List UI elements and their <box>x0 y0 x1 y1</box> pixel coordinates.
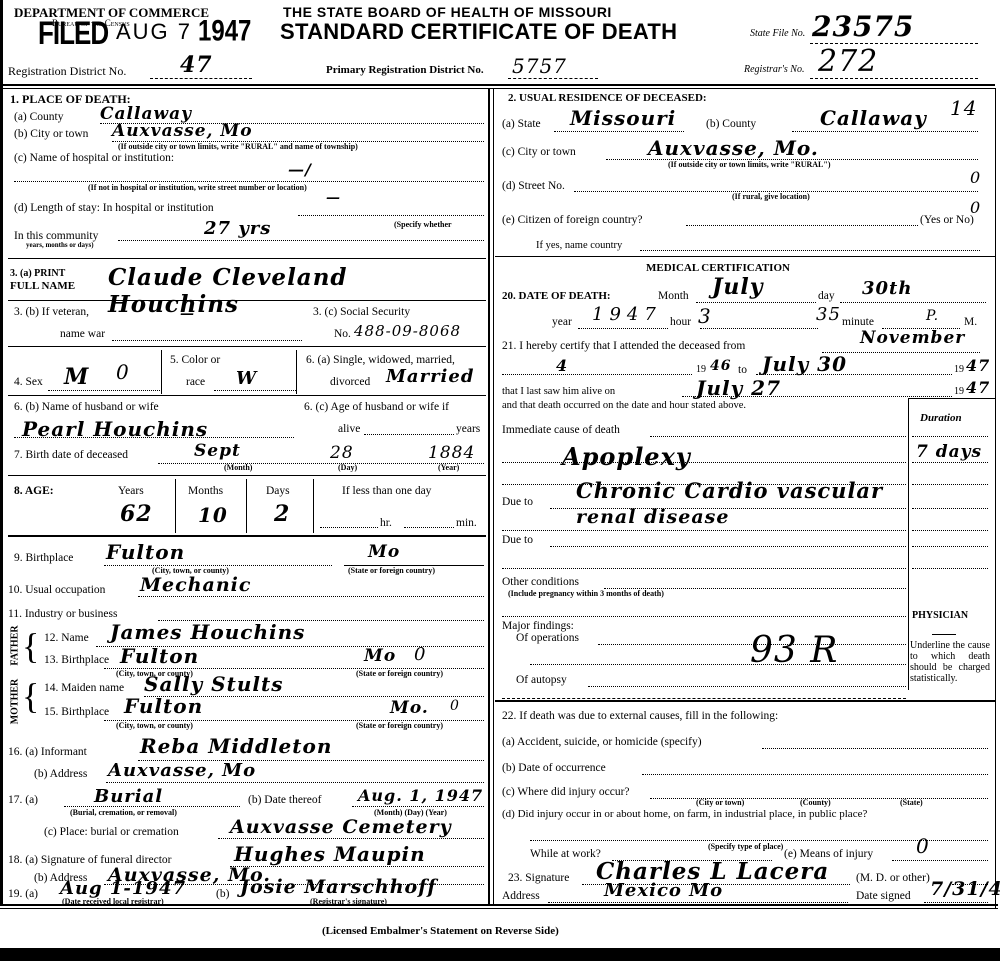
certificate-title: STANDARD CERTIFICATE OF DEATH <box>280 19 677 45</box>
external-a-label: (a) Accident, suicide, or homicide (spec… <box>502 736 702 748</box>
received-note: (Date received local registrar) <box>62 897 164 906</box>
county-label: (a) County <box>14 111 64 123</box>
immediate-duration-field[interactable]: 7 days <box>916 442 982 462</box>
received-date-field[interactable]: Aug 1-1947 <box>60 878 186 899</box>
father-name-field[interactable]: James Houchins <box>110 620 305 644</box>
birthplace-section: 9. Birthplace Fulton Mo (City, town, or … <box>8 538 486 574</box>
residence-state-field[interactable]: Missouri <box>570 106 676 130</box>
specify-note: (Specify whether <box>394 220 452 229</box>
state-file-number: 23575 <box>812 10 914 43</box>
board-title: THE STATE BOARD OF HEALTH OF MISSOURI <box>283 4 612 20</box>
marital-label-1: 6. (a) Single, widowed, married, <box>306 354 455 366</box>
state-file-label: State File No. <box>750 28 805 39</box>
due-to-1b-field[interactable]: renal disease <box>576 506 729 528</box>
spouse-section: 6. (b) Name of husband or wife Pearl Hou… <box>8 397 486 443</box>
occupation-field[interactable]: Mechanic <box>140 574 251 596</box>
veteran-ssn-section: 3. (b) If veteran, — name war 3. (c) Soc… <box>8 302 486 348</box>
father-birthplace-label: 13. Birthplace <box>44 654 109 666</box>
last-saw-label: that I last saw him alive on <box>502 386 615 397</box>
operations-label: Of operations <box>516 632 579 644</box>
certifier-address-label: Address <box>502 890 540 902</box>
date-of-death-label: 20. DATE OF DEATH: <box>502 290 611 302</box>
birthplace-state-note: (State or foreign country) <box>348 566 435 575</box>
registrar-section: 19. (a) Aug 1-1947 (Date received local … <box>8 882 486 904</box>
autopsy-label: Of autopsy <box>516 674 567 686</box>
certifier-address-field[interactable]: Mexico Mo <box>604 880 723 901</box>
funeral-director-field[interactable]: Hughes Maupin <box>234 842 426 866</box>
while-at-work-label: While at work? <box>530 848 601 860</box>
birth-date-section: 7. Birth date of deceased Sept 28 1884 (… <box>8 441 486 471</box>
residence-county-label: (b) County <box>706 118 756 130</box>
death-year-label: year <box>552 316 572 328</box>
ssn-no-label: No. <box>334 328 351 340</box>
means-of-injury-field[interactable]: 0 <box>916 834 930 858</box>
external-b-label: (b) Date of occurrence <box>502 762 606 774</box>
hr-label: hr. <box>380 517 392 529</box>
father-birthplace-state-field[interactable]: Mo <box>364 646 396 666</box>
death-hour-label: hour <box>670 316 691 328</box>
mother-city-note: (City, town, or county) <box>116 721 193 730</box>
attend-label: 21. I hereby certify that I attended the… <box>502 340 745 352</box>
death-minute-label: minute <box>842 316 874 328</box>
ymd-note: years, months or days) <box>26 241 94 249</box>
burial-method-note: (Burial, cremation, or removal) <box>70 808 177 817</box>
birth-day-field[interactable]: 28 <box>330 443 354 463</box>
attend-to-year-field[interactable]: 47 <box>966 356 990 375</box>
certifier-section: 23. Signature Charles L Lacera (M. D. or… <box>500 864 992 904</box>
veteran-war-label: name war <box>60 328 105 340</box>
birthplace-state-field[interactable]: Mo <box>368 542 400 562</box>
left-edge-bar <box>0 0 3 905</box>
informant-address-label: (b) Address <box>34 768 87 780</box>
attend-to-year-prefix: 19 <box>954 364 964 375</box>
cause-of-death-section: Immediate cause of death Apoplexy 7 days… <box>500 420 992 600</box>
informant-label: 16. (a) Informant <box>8 746 87 758</box>
death-month-label: Month <box>658 290 689 302</box>
birth-month-field[interactable]: Sept <box>194 441 241 461</box>
informant-address-field[interactable]: Auxvasse, Mo <box>108 760 256 781</box>
filed-stamp: FILED <box>38 14 108 53</box>
country-label: If yes, name country <box>536 240 622 251</box>
residence-county-field[interactable]: Callaway <box>820 106 927 130</box>
birth-date-label: 7. Birth date of deceased <box>14 449 128 461</box>
spouse-age-label-2: alive <box>338 423 360 435</box>
birthplace-city-field[interactable]: Fulton <box>106 540 185 564</box>
marital-field[interactable]: Married <box>386 366 474 387</box>
burial-date-label: (b) Date thereof <box>248 794 321 806</box>
residence-city-label: (c) City or town <box>502 146 576 158</box>
street-field[interactable]: 0 <box>970 168 981 187</box>
citizen-field[interactable]: 0 <box>970 198 981 217</box>
veteran-field[interactable]: — <box>180 306 195 322</box>
occupation-section: 10. Usual occupation Mechanic <box>8 576 486 602</box>
residence-state-label: (a) State <box>502 118 541 130</box>
veteran-label: 3. (b) If veteran, <box>14 306 89 318</box>
burial-place-label: (c) Place: burial or cremation <box>44 826 179 838</box>
age-months-field[interactable]: 10 <box>198 503 228 527</box>
registrar-number: 272 <box>818 44 878 79</box>
age-days-field[interactable]: 2 <box>274 501 290 527</box>
attend-to-field[interactable]: July 30 <box>762 352 847 376</box>
spouse-age-suffix: years <box>456 423 480 435</box>
other-conditions-note: (Include pregnancy within 3 months of de… <box>508 589 664 598</box>
age-years-label: Years <box>118 485 144 497</box>
registrar-label: (b) <box>216 888 229 900</box>
filed-year: 1947 <box>198 14 251 49</box>
hospital-note: (If not in hospital or institution, writ… <box>88 183 307 192</box>
external-d-label: (d) Did injury occur in or about home, o… <box>502 808 867 820</box>
race-label-1: 5. Color or <box>170 354 220 366</box>
attend-from-year-field[interactable]: 46 <box>710 358 731 374</box>
hospital-label: (c) Name of hospital or institution: <box>14 152 174 164</box>
physician-note: Underline the cause to which death shoul… <box>910 640 990 684</box>
due-to-label-1: Due to <box>502 496 533 508</box>
stay-hospital-field[interactable]: — <box>326 190 341 206</box>
death-day-field[interactable]: 30th <box>862 278 912 299</box>
mother-code: 0 <box>450 698 460 714</box>
bottom-black-band <box>0 948 1000 961</box>
to-label: to <box>738 364 747 376</box>
external-c-label: (c) Where did injury occur? <box>502 786 630 798</box>
mother-name-field[interactable]: Sally Stults <box>144 672 284 696</box>
registration-district-number: 47 <box>180 52 213 78</box>
place-of-death-section: 1. PLACE OF DEATH: (a) County Callaway (… <box>8 90 486 248</box>
death-city-field[interactable]: Auxvasse, Mo <box>112 121 253 141</box>
street-note: (If rural, give location) <box>732 192 810 201</box>
street-label: (d) Street No. <box>502 180 565 192</box>
city-label: (b) City or town <box>14 128 88 140</box>
death-month-field[interactable]: July <box>712 274 764 300</box>
age-less-label: If less than one day <box>342 485 431 497</box>
attend-from-month-field[interactable]: November <box>860 328 965 348</box>
date-signed-field[interactable]: 7/31/47 <box>930 878 1000 900</box>
father-code: 0 <box>414 644 426 665</box>
industry-label: 11. Industry or business <box>8 608 117 620</box>
registrar-note: (Registrar's signature) <box>310 897 387 906</box>
death-m-label: M. <box>964 316 977 328</box>
father-name-label: 12. Name <box>44 632 89 644</box>
birth-year-field[interactable]: 1884 <box>428 443 475 463</box>
received-label: 19. (a) <box>8 888 38 900</box>
year-note: (Year) <box>438 463 459 472</box>
residence-city-note: (If outside city or town limits, write "… <box>668 160 831 169</box>
medical-heading: MEDICAL CERTIFICATION <box>646 262 790 274</box>
burial-section: 17. (a) Burial (Burial, cremation, or re… <box>8 786 486 848</box>
father-state-note: (State or foreign country) <box>356 669 443 678</box>
age-label: 8. AGE: <box>14 485 54 497</box>
parents-section: FATHER { 12. Name James Houchins 13. Bir… <box>4 626 486 736</box>
age-section: 8. AGE: Years 62 Months 10 Days 2 If les… <box>8 477 486 535</box>
mother-birthplace-city-field[interactable]: Fulton <box>124 694 203 718</box>
father-brace: { <box>22 628 39 664</box>
sex-label: 4. Sex <box>14 376 43 388</box>
md-label: (M. D. or other) <box>856 872 930 884</box>
death-year-field[interactable]: 1947 <box>592 304 662 325</box>
day-note: (Day) <box>338 463 357 472</box>
injury-city-note: (City or town) <box>696 798 744 807</box>
due-to-label-2: Due to <box>502 534 533 546</box>
major-findings-label: Major findings: <box>502 620 574 632</box>
mother-state-note: (State or foreign country) <box>356 721 443 730</box>
sex-code: 0 <box>116 360 130 384</box>
residence-heading: 2. USUAL RESIDENCE OF DECEASED: <box>508 92 707 104</box>
last-saw-year-field[interactable]: 47 <box>966 378 990 397</box>
ssn-field[interactable]: 488-09-8068 <box>354 322 461 340</box>
last-saw-year-prefix: 19 <box>954 386 964 397</box>
due-to-1a-field[interactable]: Chronic Cardio vascular <box>576 478 883 503</box>
mother-brace: { <box>22 678 39 714</box>
filed-date: AUG 7 <box>116 19 192 45</box>
primary-district-label: Primary Registration District No. <box>326 64 484 76</box>
major-findings-section: Major findings: Of operations Of autopsy… <box>500 604 992 694</box>
spouse-label: 6. (b) Name of husband or wife <box>14 401 159 413</box>
occupation-label: 10. Usual occupation <box>8 584 105 596</box>
external-causes-section: 22. If death was due to external causes,… <box>500 704 992 854</box>
month-note: (Month) <box>224 463 252 472</box>
registrar-signature-field[interactable]: Josie Marschhoff <box>240 876 437 898</box>
citizen-suffix: (Yes or No) <box>920 214 974 226</box>
burial-method-label: 17. (a) <box>8 794 38 806</box>
primary-district-number: 5757 <box>512 54 567 78</box>
hospital-field[interactable]: —/ <box>288 160 312 179</box>
occurred-label: and that death occurred on the date and … <box>502 400 746 411</box>
citizen-label: (e) Citizen of foreign country? <box>502 214 643 226</box>
age-days-label: Days <box>266 485 290 497</box>
death-minute-field[interactable]: 35 <box>816 304 841 325</box>
mother-birthplace-state-field[interactable]: Mo. <box>390 698 429 718</box>
age-months-label: Months <box>188 485 223 497</box>
death-day-label: day <box>818 290 835 302</box>
immediate-cause-label: Immediate cause of death <box>502 424 620 436</box>
signature-label: 23. Signature <box>508 872 569 884</box>
race-field[interactable]: W <box>236 368 257 389</box>
length-of-stay-label: (d) Length of stay: In hospital or insti… <box>14 202 214 214</box>
min-label: min. <box>456 517 477 529</box>
other-conditions-label: Other conditions <box>502 576 579 588</box>
medical-certification-section: MEDICAL CERTIFICATION 20. DATE OF DEATH:… <box>500 260 992 410</box>
attend-from-year-prefix: 19 <box>696 364 706 375</box>
registration-district-label: Registration District No. <box>8 64 126 79</box>
birthplace-label: 9. Birthplace <box>14 552 73 564</box>
city-note: (If outside city or town limits, write "… <box>118 142 358 151</box>
physician-heading: PHYSICIAN <box>912 610 968 621</box>
age-years-field[interactable]: 62 <box>120 501 153 527</box>
informant-field[interactable]: Reba Middleton <box>140 734 332 758</box>
burial-method-field[interactable]: Burial <box>94 786 163 807</box>
full-name-label: FULL NAME <box>10 280 75 292</box>
residence-section: 2. USUAL RESIDENCE OF DECEASED: (a) Stat… <box>500 90 992 252</box>
embalmer-statement-note: (Licensed Embalmer's Statement on Revers… <box>322 925 559 937</box>
residence-city-field[interactable]: Auxvasse, Mo. <box>648 136 819 160</box>
race-label-2: race <box>186 376 205 388</box>
print-label: 3. (a) PRINT <box>10 268 65 279</box>
registrar-number-label: Registrar's No. <box>744 64 804 75</box>
father-birthplace-city-field[interactable]: Fulton <box>120 644 199 668</box>
external-heading: 22. If death was due to external causes,… <box>502 710 778 722</box>
sex-race-marital-section: 4. Sex M 0 5. Color or race W 6. (a) Sin… <box>8 348 486 394</box>
ssn-label: 3. (c) Social Security <box>313 306 410 318</box>
community-field[interactable]: 27 yrs <box>204 218 271 239</box>
death-ampm-field[interactable]: P. <box>926 308 939 324</box>
immediate-cause-field[interactable]: Apoplexy <box>562 442 691 471</box>
residence-county-code: 14 <box>950 96 977 120</box>
burial-date-field[interactable]: Aug. 1, 1947 <box>358 786 483 805</box>
spouse-age-label-1: 6. (c) Age of husband or wife if <box>304 401 449 413</box>
father-side-label: FATHER <box>10 621 21 671</box>
mother-birthplace-label: 15. Birthplace <box>44 706 109 718</box>
mother-side-label: MOTHER <box>10 677 21 727</box>
marital-label-2: divorced <box>330 376 370 388</box>
sex-field[interactable]: M <box>64 364 89 390</box>
attend-from-day-field[interactable]: 4 <box>556 356 568 375</box>
mother-name-label: 14. Maiden name <box>44 682 124 694</box>
burial-place-field[interactable]: Auxvasse Cemetery <box>230 816 452 838</box>
full-name-section: 3. (a) PRINT FULL NAME Claude Cleveland … <box>8 262 486 298</box>
informant-section: 16. (a) Informant Reba Middleton (b) Add… <box>8 738 486 784</box>
coder-initials: 93 R <box>750 630 838 671</box>
header: DEPARTMENT OF COMMERCE Bureau of the Cen… <box>0 0 1000 88</box>
injury-county-note: (County) <box>800 798 831 807</box>
injury-state-note: (State) <box>900 798 923 807</box>
date-signed-label: Date signed <box>856 890 911 902</box>
death-hour-field[interactable]: 3 <box>698 304 712 328</box>
